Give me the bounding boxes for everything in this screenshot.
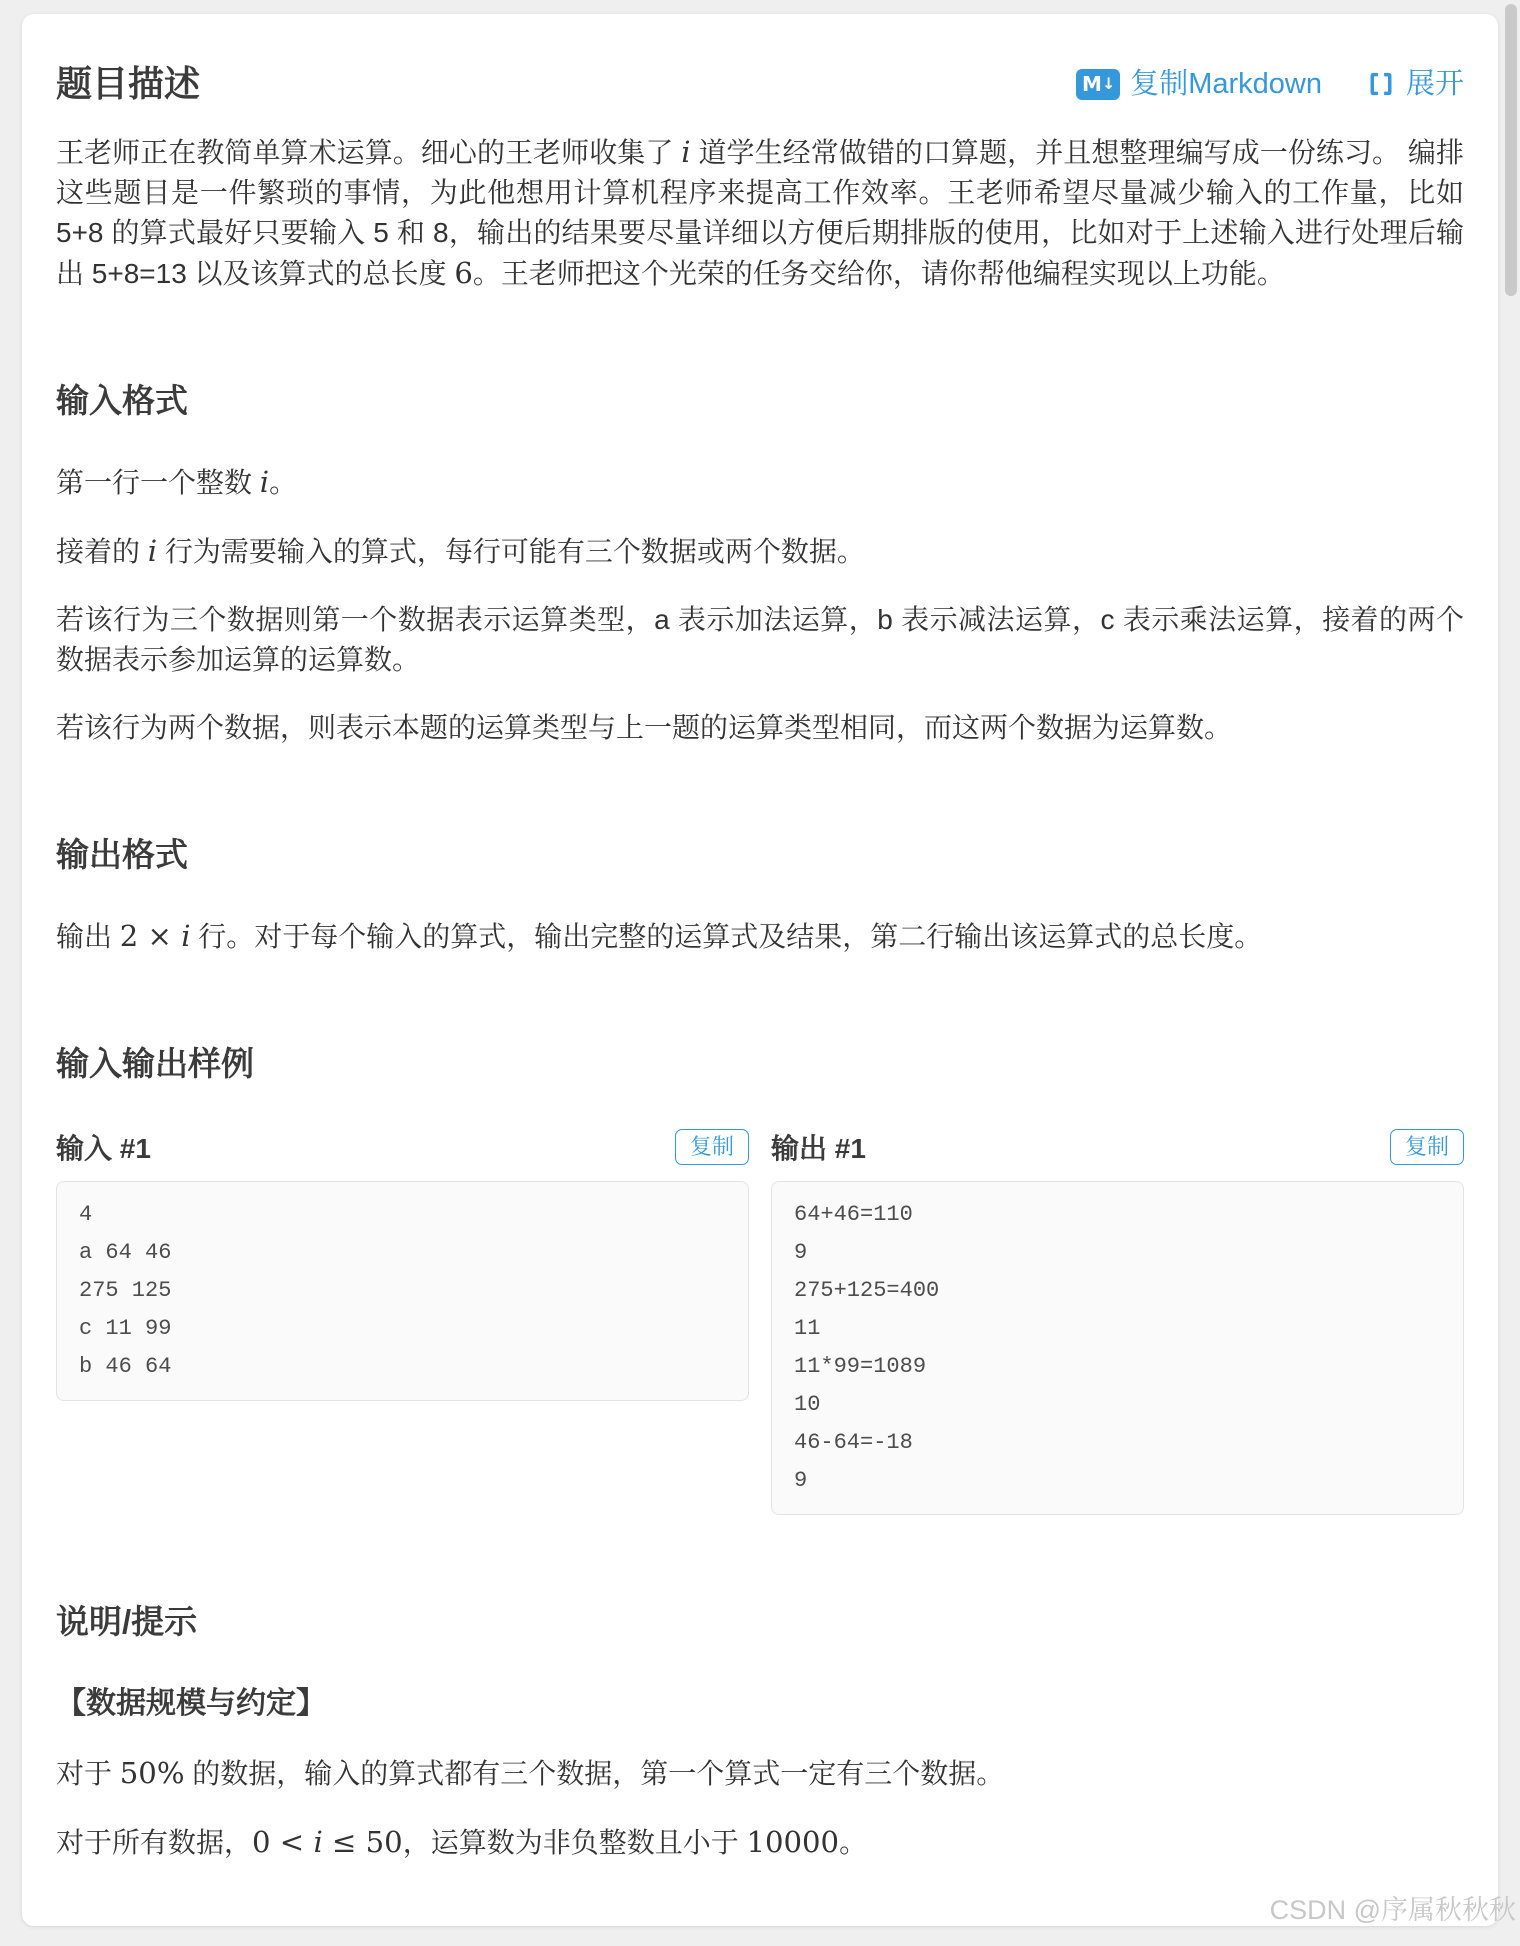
notes-paragraph: 对于 50% 的数据，输入的算式都有三个数据，第一个算式一定有三个数据。: [56, 1753, 1464, 1794]
input-format-paragraph: 若该行为三个数据则第一个数据表示运算类型，a 表示加法运算，b 表示减法运算，c…: [56, 600, 1464, 680]
notes-paragraph: 对于所有数据，0 < i ≤ 50，运算数为非负整数且小于 10000。: [56, 1822, 1464, 1863]
samples-grid: 输入 #1 复制 4 a 64 46 275 125 c 11 99 b 46 …: [56, 1125, 1464, 1515]
expand-icon: [1366, 69, 1396, 99]
problem-card: 题目描述 M↓ 复制Markdown 展开 王老师正在教简单算术运算。细心的王老…: [22, 14, 1498, 1926]
expand-button[interactable]: 展开: [1366, 67, 1464, 101]
copy-markdown-button[interactable]: M↓ 复制Markdown: [1076, 67, 1322, 101]
watermark: CSDN @序属秋秋秋: [1270, 1894, 1516, 1926]
scrollbar-thumb[interactable]: [1505, 4, 1517, 296]
sample-output-label: 输出 #1: [771, 1127, 866, 1167]
markdown-download-icon: M↓: [1076, 69, 1120, 100]
copy-output-button[interactable]: 复制: [1390, 1129, 1464, 1165]
sample-output-code: 64+46=110 9 275+125=400 11 11*99=1089 10…: [771, 1181, 1464, 1515]
description-paragraph: 王老师正在教简单算术运算。细心的王老师收集了 i 道学生经常做错的口算题，并且想…: [56, 132, 1464, 294]
section-title-output-format: 输出格式: [56, 832, 1464, 878]
doc-actions: M↓ 复制Markdown 展开: [1076, 67, 1464, 101]
input-format-paragraph: 第一行一个整数 i。: [56, 462, 1464, 503]
sample-input-label: 输入 #1: [56, 1127, 151, 1167]
sample-input-column: 输入 #1 复制 4 a 64 46 275 125 c 11 99 b 46 …: [56, 1125, 749, 1401]
input-format-paragraph: 若该行为两个数据，则表示本题的运算类型与上一题的运算类型相同，而这两个数据为运算…: [56, 708, 1464, 748]
copy-markdown-label: 复制Markdown: [1130, 67, 1322, 101]
expand-label: 展开: [1406, 67, 1464, 101]
sample-output-column: 输出 #1 复制 64+46=110 9 275+125=400 11 11*9…: [771, 1125, 1464, 1515]
description-header: 题目描述 M↓ 复制Markdown 展开: [56, 62, 1464, 106]
section-title-samples: 输入输出样例: [56, 1041, 1464, 1087]
sample-output-header: 输出 #1 复制: [771, 1125, 1464, 1169]
notes-subheading: 【数据规模与约定】: [56, 1683, 1464, 1725]
sample-input-code: 4 a 64 46 275 125 c 11 99 b 46 64: [56, 1181, 749, 1401]
section-title-input-format: 输入格式: [56, 378, 1464, 424]
output-format-paragraph: 输出 2 × i 行。对于每个输入的算式，输出完整的运算式及结果，第二行输出该运…: [56, 916, 1464, 957]
copy-input-button[interactable]: 复制: [675, 1129, 749, 1165]
sample-input-header: 输入 #1 复制: [56, 1125, 749, 1169]
section-title-description: 题目描述: [56, 62, 200, 106]
scrollbar-track: [1500, 0, 1520, 1946]
input-format-paragraph: 接着的 i 行为需要输入的算式，每行可能有三个数据或两个数据。: [56, 531, 1464, 572]
section-title-notes: 说明/提示: [56, 1599, 1464, 1645]
